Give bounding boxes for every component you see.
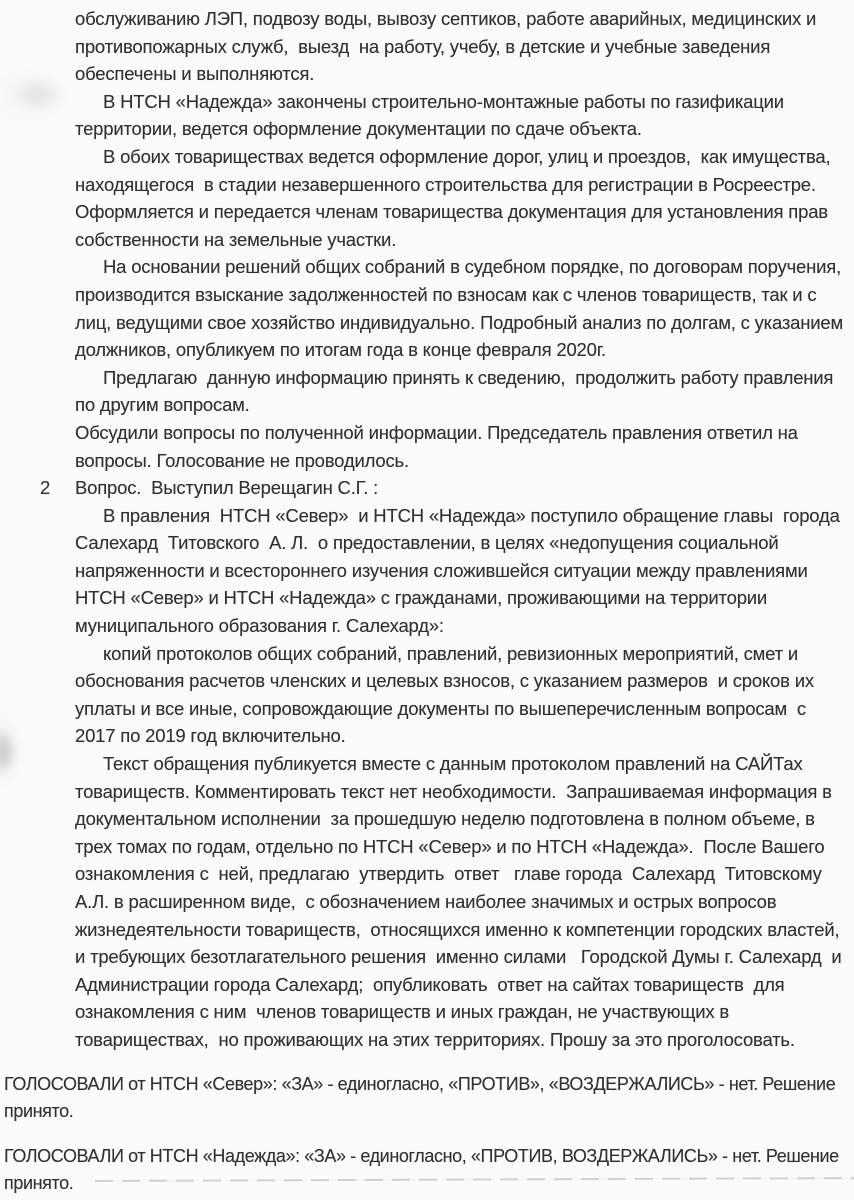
paragraph: В правления НТСН «Север» и НТСН «Надежда… xyxy=(75,502,847,640)
scanned-document-page: обслуживанию ЛЭП, подвозу воды, вывозу с… xyxy=(0,0,854,1200)
agenda-item-paragraph: 2Вопрос. Выступил Верещагин С.Г. : xyxy=(75,474,847,502)
paragraph: Обсудили вопросы по полученной информаци… xyxy=(75,419,847,474)
agenda-item-text: Вопрос. Выступил Верещагин С.Г. : xyxy=(75,477,378,498)
vote-result-paragraph: ГОЛОСОВАЛИ от НТСН «Надежда»: «ЗА» - еди… xyxy=(4,1143,850,1198)
document-text-body: обслуживанию ЛЭП, подвозу воды, вывозу с… xyxy=(75,5,847,1198)
agenda-item-number: 2 xyxy=(40,474,75,502)
paragraph: В НТСН «Надежда» закончены строительно-м… xyxy=(75,88,847,143)
vote-result-paragraph: ГОЛОСОВАЛИ от НТСН «Север»: «ЗА» - едино… xyxy=(4,1071,850,1126)
paragraph: Текст обращения публикуется вместе с дан… xyxy=(75,750,847,1054)
scan-smudge xyxy=(22,82,56,106)
paragraph: В обоих товариществах ведется оформление… xyxy=(75,143,847,253)
paragraph: Предлагаю данную информацию принять к св… xyxy=(75,364,847,419)
paragraph: обслуживанию ЛЭП, подвозу воды, вывозу с… xyxy=(75,5,847,88)
paragraph: На основании решений общих собраний в су… xyxy=(75,253,847,363)
paragraph: копий протоколов общих собраний, правлен… xyxy=(75,640,847,750)
scan-smudge xyxy=(0,735,12,769)
